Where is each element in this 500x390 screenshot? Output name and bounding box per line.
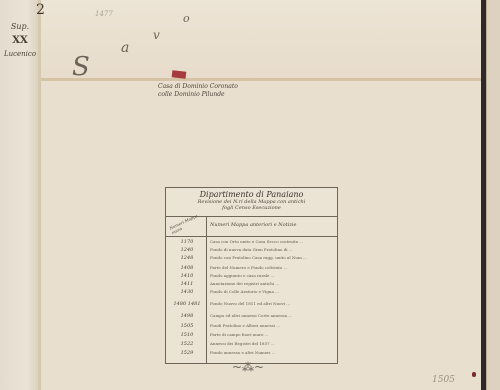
table-row: 1480 1481Fondo Nuovo del 1811 ed altri N… xyxy=(166,301,337,310)
title-letter-s: S xyxy=(72,52,90,82)
table-subtitle-2: fogli Censo Esecuzione xyxy=(166,205,337,211)
side-label-number: XX xyxy=(2,35,38,46)
table-row: 1498Campo ed altri annessi Corte annessa… xyxy=(166,313,337,322)
column-header-right: Numeri Mappa anteriori e Notizie xyxy=(210,222,296,228)
revision-table: Dipartimento di Panaiano Revisione dei N… xyxy=(165,187,338,364)
column-header-row: Numeri Mappa nuovi Numeri Mappa anterior… xyxy=(166,216,337,237)
table-row: 1248Fondo con Pratolino Casa ragg. unito… xyxy=(166,255,337,264)
table-title: Dipartimento di Panaiano xyxy=(166,190,337,199)
signature-flourish: ~⁂~ xyxy=(232,360,264,374)
archive-number: 1505 xyxy=(432,375,455,385)
corner-number: 2 xyxy=(36,2,45,18)
table-row: 1510Parte di campo fuori muro ... xyxy=(166,332,337,341)
red-seal xyxy=(172,70,187,78)
document-sheet: Sup. XX Lucenico 2 1477 S a v o Casa di … xyxy=(0,0,500,390)
red-mark xyxy=(472,372,476,377)
table-row: 1529Fondo annesso e altri Numeri ... xyxy=(166,350,337,359)
title-letter-o: o xyxy=(183,12,190,25)
sheet-note-line1: Casa di Dominio Coronato xyxy=(158,83,238,91)
table-row: 1430Fondo di Colle Aratorio e Vigna ... xyxy=(166,289,337,298)
side-label-sup: Sup. xyxy=(2,22,38,31)
pencil-number: 1477 xyxy=(95,10,113,18)
sheet-note: Casa di Dominio Coronato colle Dominio P… xyxy=(158,83,238,99)
title-letter-a: a xyxy=(121,40,129,56)
title-letter-v: v xyxy=(153,28,160,42)
table-row: 1522Annessi dei Registri del 1857 ... xyxy=(166,341,337,350)
side-label-place: Lucenico xyxy=(2,50,38,58)
table-header: Dipartimento di Panaiano Revisione dei N… xyxy=(166,188,337,217)
sheet-note-line2: colle Dominio Pilunde xyxy=(158,91,238,99)
right-edge xyxy=(486,0,500,390)
table-row: 1505Fondi Pratolino e Alberi annessi ... xyxy=(166,323,337,332)
binding-strip xyxy=(0,0,39,390)
